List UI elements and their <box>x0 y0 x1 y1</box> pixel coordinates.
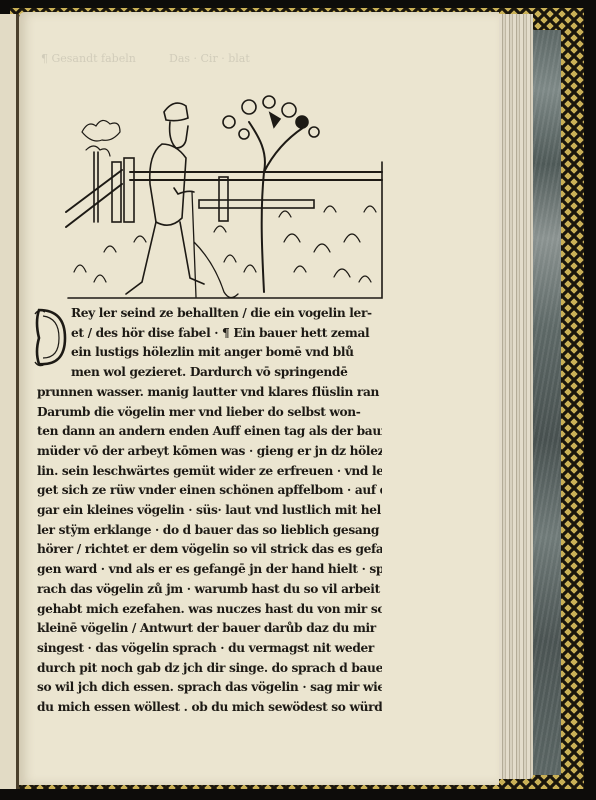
showthrough-text-left: ¶ Gesandt fabeln <box>41 52 136 65</box>
text-line: hörer / richtet er dem vögelin so vil st… <box>37 540 382 560</box>
text-line: so wil jch dich essen. sprach das vögeli… <box>37 678 382 698</box>
text-line: lin. sein leschwärtes gemüt wider ze erf… <box>37 462 382 482</box>
decorated-initial-d <box>33 306 67 368</box>
marbled-endpaper <box>533 30 561 775</box>
text-line: ein lustigs hölezlin mit anger bomē vnd … <box>37 343 382 363</box>
showthrough-text-right: Das · Cir · blat <box>169 52 250 65</box>
text-line: gen ward · vnd als er es gefangē jn der … <box>37 560 382 580</box>
text-line: men wol gezieret. Dardurch vō springendē <box>37 363 382 383</box>
text-line: rach das vögelin zů jm · warumb hast du … <box>37 580 382 600</box>
book-page: ¶ Gesandt fabeln Das · Cir · blat <box>19 12 499 785</box>
body-text: Rey ler seind ze behallten / die ein vog… <box>37 304 382 718</box>
text-line: Rey ler seind ze behallten / die ein vog… <box>37 304 382 324</box>
text-line: Darumb die vögelin mer vnd lieber do sel… <box>37 403 382 423</box>
text-line: kleinē vögelin / Antwurt der bauer darůb… <box>37 619 382 639</box>
text-line: singest · das vögelin sprach · du vermag… <box>37 639 382 659</box>
page-edges-stack <box>496 14 533 779</box>
text-line: müder vō der arbeyt kōmen was · gieng er… <box>37 442 382 462</box>
text-line: ler stÿm erklange · do d bauer das so li… <box>37 521 382 541</box>
woodcut-illustration <box>64 92 384 300</box>
text-line: prunnen wasser. manig lautter vnd klares… <box>37 383 382 403</box>
text-line: gar ein kleines vögelin · süs· laut vnd … <box>37 501 382 521</box>
text-line: du mich essen wöllest . ob du mich sewöd… <box>37 698 382 718</box>
text-line: get sich ze rüw vnder einen schönen apff… <box>37 481 382 501</box>
text-line: durch pit noch gab dz jch dir singe. do … <box>37 659 382 679</box>
left-page-edge <box>0 14 16 789</box>
text-line: gehabt mich ezefahen. was nuczes hast du… <box>37 600 382 620</box>
text-line: ten dann an andern enden Auff einen tag … <box>37 422 382 442</box>
text-line: et / des hör dise fabel · ¶ Ein bauer he… <box>37 324 382 344</box>
